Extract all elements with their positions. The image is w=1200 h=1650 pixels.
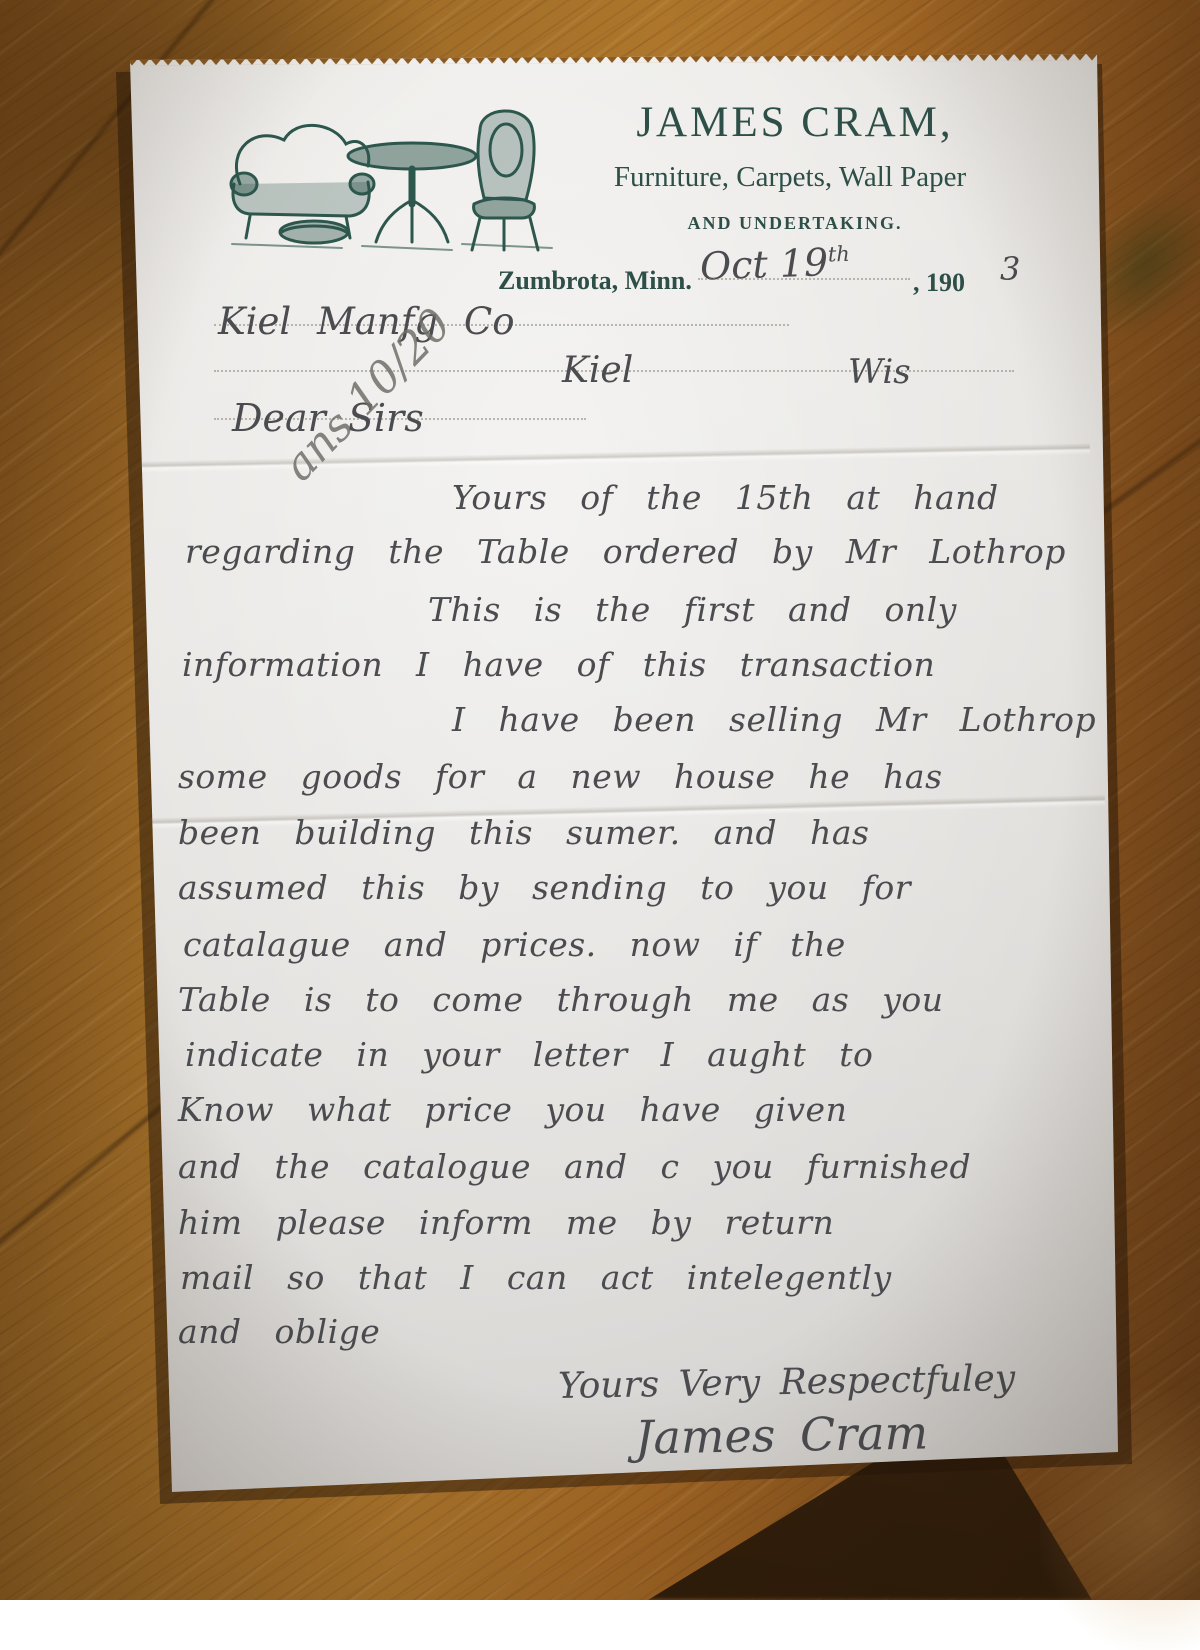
date-suffix: th: [827, 242, 850, 267]
ruled-dotted-line-date: [698, 278, 910, 280]
letter-body-line: Yours of the 15th at hand: [452, 478, 999, 517]
letter-body-line: regarding the Table ordered by Mr Lothro…: [185, 532, 1066, 571]
date-day: Oct 19: [699, 240, 829, 288]
company-name: JAMES CRAM,: [600, 98, 990, 147]
letter-body-line: Table is to come through me as you: [178, 980, 944, 1019]
letter-body-line: been building this sumer. and has: [178, 813, 870, 852]
recipient-line1: Kiel Manfg Co: [218, 300, 514, 343]
letter-body-line: and the catalogue and c you furnished: [178, 1147, 971, 1186]
letter-body-line: information I have of this transaction: [182, 645, 935, 684]
recipient-state: Wis: [848, 352, 911, 392]
letter-body-line: him please inform me by return: [178, 1203, 834, 1242]
letter-body-line: mail so that I can act intelegently: [180, 1258, 892, 1297]
wood-floor-background: JAMES CRAM, Furniture, Carpets, Wall Pap…: [0, 0, 1200, 1600]
closing: Yours Very Respectfuley: [558, 1358, 1016, 1407]
place-name: Zumbrota, Minn.: [498, 266, 692, 296]
letter-body-line: This is the first and only: [428, 590, 957, 629]
signature: James Cram: [635, 1405, 929, 1464]
year-handwritten: 3: [1000, 250, 1020, 288]
date-handwritten: Oct 19th: [699, 239, 850, 288]
letter-body-line: catalague and prices. now if the: [183, 925, 846, 964]
letter-body-line: indicate in your letter I aught to: [185, 1035, 873, 1074]
letter-body-line: assumed this by sending to you for: [178, 868, 911, 907]
furniture-illustration-icon: [222, 92, 567, 257]
year-printed: , 190: [913, 268, 965, 298]
company-tagline: Furniture, Carpets, Wall Paper: [565, 161, 1015, 194]
letter-body-line: and oblige: [178, 1312, 380, 1351]
recipient-city: Kiel: [562, 350, 633, 391]
letter-paper: JAMES CRAM, Furniture, Carpets, Wall Pap…: [0, 0, 1200, 1600]
letter-body-line: I have been selling Mr Lothrop: [452, 700, 1096, 739]
letter-body-line: Know what price you have given: [178, 1090, 847, 1129]
letter-body-line: some goods for a new house he has: [178, 757, 943, 796]
company-subtagline: AND UNDERTAKING.: [620, 213, 970, 234]
